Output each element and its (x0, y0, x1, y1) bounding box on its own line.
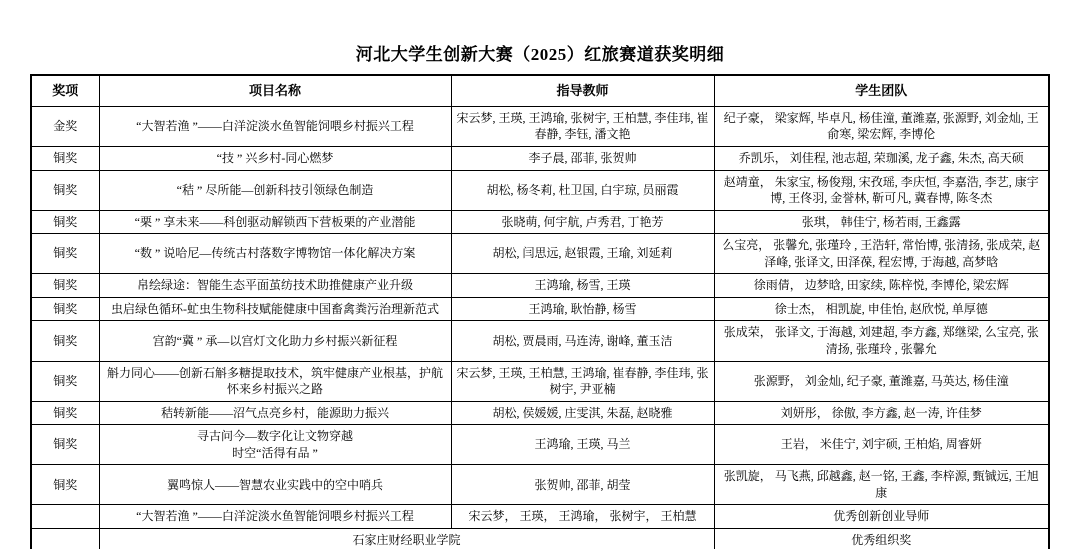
teachers-cell: 王鸿瑜, 杨雪, 王瑛 (451, 274, 714, 298)
table-row: 铜奖 “栗 ” 享未来——科创驱动解锁西下营板栗的产业潜能 张晓萌, 何宇航, … (31, 210, 1049, 234)
award-cell: 铜奖 (31, 465, 99, 505)
table-row: 铜奖 寻古问今—数字化让文物穿越 时空“活得有品 ” 王鸿瑜, 王瑛, 马兰 王… (31, 425, 1049, 465)
award-cell: 铜奖 (31, 147, 99, 171)
students-cell: 刘妍彤， 徐傲, 李方鑫, 赵一涛, 许佳梦 (714, 401, 1049, 425)
teachers-cell: 王鸿瑜, 王瑛, 马兰 (451, 425, 714, 465)
students-cell: 王岩， 米佳宁, 刘宇硕, 王柏焰, 周睿妍 (714, 425, 1049, 465)
project-cell: “大智若渔 ”——白洋淀淡水鱼智能饲喂乡村振兴工程 (99, 106, 451, 146)
table-row: 金奖 “大智若渔 ”——白洋淀淡水鱼智能饲喂乡村振兴工程 宋云梦, 王瑛, 王鸿… (31, 106, 1049, 146)
students-cell: 优秀组织奖 (714, 528, 1049, 549)
award-cell (31, 505, 99, 529)
table-row: 铜奖 斛力同心——创新石斛多糖提取技术，筑牢健康产业根基，护航怀来乡村振兴之路 … (31, 361, 1049, 401)
teachers-cell: 胡松, 杨冬莉, 杜卫国, 白宇琼, 员丽霞 (451, 170, 714, 210)
page-title: 河北大学生创新大赛（2025）红旅赛道获奖明细 (0, 0, 1080, 65)
award-cell: 铜奖 (31, 170, 99, 210)
project-cell: 翼鸣惊人——智慧农业实践中的空中哨兵 (99, 465, 451, 505)
table-row: 铜奖 “技 ” 兴乡村-同心燃梦 李子晨, 邵菲, 张贺帅 乔凯乐， 刘佳程, … (31, 147, 1049, 171)
teachers-cell: 胡松, 侯媛媛, 庄雯淇, 朱磊, 赵晓雅 (451, 401, 714, 425)
teachers-cell: 王鸿瑜, 耿怡静, 杨雪 (451, 297, 714, 321)
table-row: 铜奖 虫启绿色循环-虻虫生物科技赋能健康中国畜禽粪污治理新范式 王鸿瑜, 耿怡静… (31, 297, 1049, 321)
project-cell: “栗 ” 享未来——科创驱动解锁西下营板栗的产业潜能 (99, 210, 451, 234)
award-cell: 铜奖 (31, 297, 99, 321)
award-cell: 铜奖 (31, 361, 99, 401)
header-students: 学生团队 (714, 75, 1049, 106)
students-cell: 优秀创新创业导师 (714, 505, 1049, 529)
project-cell: 秸转新能——沼气点亮乡村，能源助力振兴 (99, 401, 451, 425)
teachers-cell: 胡松, 闫思远, 赵银霞, 王瑜, 刘延莉 (451, 234, 714, 274)
award-cell: 铜奖 (31, 401, 99, 425)
project-cell: “秸 ” 尽所能—创新科技引领绿色制造 (99, 170, 451, 210)
header-row: 奖项 项目名称 指导教师 学生团队 (31, 75, 1049, 106)
project-cell: “数 ” 说哈尼—传统古村落数字博物馆一体化解决方案 (99, 234, 451, 274)
organization-cell: 石家庄财经职业学院 (99, 528, 714, 549)
award-cell: 铜奖 (31, 234, 99, 274)
teachers-cell: 宋云梦, 王瑛, 王鸿瑜, 张树宇, 王柏慧, 李佳玮, 崔春静, 李钰, 潘文… (451, 106, 714, 146)
table-row: 铜奖 “数 ” 说哈尼—传统古村落数字博物馆一体化解决方案 胡松, 闫思远, 赵… (31, 234, 1049, 274)
students-cell: 么宝亮， 张馨允, 张瑾玲 , 王浩轩, 常怡博, 张清扬, 张成荣, 赵泽峰,… (714, 234, 1049, 274)
project-cell: “大智若渔 ”——白洋淀淡水鱼智能饲喂乡村振兴工程 (99, 505, 451, 529)
students-cell: 纪子豪， 梁家辉, 毕卓凡, 杨佳潼, 董潍嘉, 张源野, 刘金灿, 王俞寒, … (714, 106, 1049, 146)
teachers-cell: 张晓萌, 何宇航, 卢秀君, 丁艳芳 (451, 210, 714, 234)
table-row: “大智若渔 ”——白洋淀淡水鱼智能饲喂乡村振兴工程 宋云梦， 王瑛， 王鸿瑜， … (31, 505, 1049, 529)
table-row: 铜奖 “秸 ” 尽所能—创新科技引领绿色制造 胡松, 杨冬莉, 杜卫国, 白宇琼… (31, 170, 1049, 210)
award-cell (31, 528, 99, 549)
teachers-cell: 胡松, 贾晨雨, 马连涛, 谢峰, 董玉洁 (451, 321, 714, 361)
project-cell: 斛力同心——创新石斛多糖提取技术，筑牢健康产业根基，护航怀来乡村振兴之路 (99, 361, 451, 401)
teachers-cell: 宋云梦， 王瑛， 王鸿瑜， 张树宇， 王柏慧 (451, 505, 714, 529)
project-cell: 帛绘绿途：智能生态平面茧纺技术助推健康产业升级 (99, 274, 451, 298)
award-cell: 铜奖 (31, 274, 99, 298)
table-row: 铜奖 宫韵“冀 ” 承—以宫灯文化助力乡村振兴新征程 胡松, 贾晨雨, 马连涛,… (31, 321, 1049, 361)
students-cell: 赵靖童， 朱家宝, 杨俊翔, 宋孜瑶, 李庆恒, 李嘉浩, 李艺, 康宇博, 王… (714, 170, 1049, 210)
project-cell: 虫启绿色循环-虻虫生物科技赋能健康中国畜禽粪污治理新范式 (99, 297, 451, 321)
header-award: 奖项 (31, 75, 99, 106)
students-cell: 张源野， 刘金灿, 纪子豪, 董潍嘉, 马英达, 杨佳潼 (714, 361, 1049, 401)
students-cell: 张凯旋， 马飞燕, 邱越鑫, 赵一铭, 王鑫, 李梓源, 甄铖远, 王旭康 (714, 465, 1049, 505)
table-row: 铜奖 翼鸣惊人——智慧农业实践中的空中哨兵 张贺帅, 邵菲, 胡莹 张凯旋， 马… (31, 465, 1049, 505)
teachers-cell: 宋云梦, 王瑛, 王柏慧, 王鸿瑜, 崔春静, 李佳玮, 张树宇, 尹亚楠 (451, 361, 714, 401)
table-row: 铜奖 帛绘绿途：智能生态平面茧纺技术助推健康产业升级 王鸿瑜, 杨雪, 王瑛 徐… (31, 274, 1049, 298)
students-cell: 张琪， 韩佳宁, 杨若雨, 王鑫露 (714, 210, 1049, 234)
teachers-cell: 李子晨, 邵菲, 张贺帅 (451, 147, 714, 171)
teachers-cell: 张贺帅, 邵菲, 胡莹 (451, 465, 714, 505)
table-row: 石家庄财经职业学院 优秀组织奖 (31, 528, 1049, 549)
students-cell: 张成荣， 张译文, 于海越, 刘建超, 李方鑫, 郑继梁, 么宝亮, 张清扬, … (714, 321, 1049, 361)
award-cell: 金奖 (31, 106, 99, 146)
header-project: 项目名称 (99, 75, 451, 106)
award-cell: 铜奖 (31, 321, 99, 361)
award-cell: 铜奖 (31, 425, 99, 465)
students-cell: 徐雨倩， 边梦晗, 田家续, 陈梓悦, 李博伦, 梁宏辉 (714, 274, 1049, 298)
header-teachers: 指导教师 (451, 75, 714, 106)
project-cell: 宫韵“冀 ” 承—以宫灯文化助力乡村振兴新征程 (99, 321, 451, 361)
students-cell: 乔凯乐， 刘佳程, 池志超, 荣珈溪, 龙子鑫, 朱杰, 高天硕 (714, 147, 1049, 171)
students-cell: 徐士杰， 相凯旋, 申佳怡, 赵欣悦, 单厚德 (714, 297, 1049, 321)
award-cell: 铜奖 (31, 210, 99, 234)
awards-table: 奖项 项目名称 指导教师 学生团队 金奖 “大智若渔 ”——白洋淀淡水鱼智能饲喂… (30, 74, 1050, 549)
project-cell: 寻古问今—数字化让文物穿越 时空“活得有品 ” (99, 425, 451, 465)
table-row: 铜奖 秸转新能——沼气点亮乡村，能源助力振兴 胡松, 侯媛媛, 庄雯淇, 朱磊,… (31, 401, 1049, 425)
project-cell: “技 ” 兴乡村-同心燃梦 (99, 147, 451, 171)
